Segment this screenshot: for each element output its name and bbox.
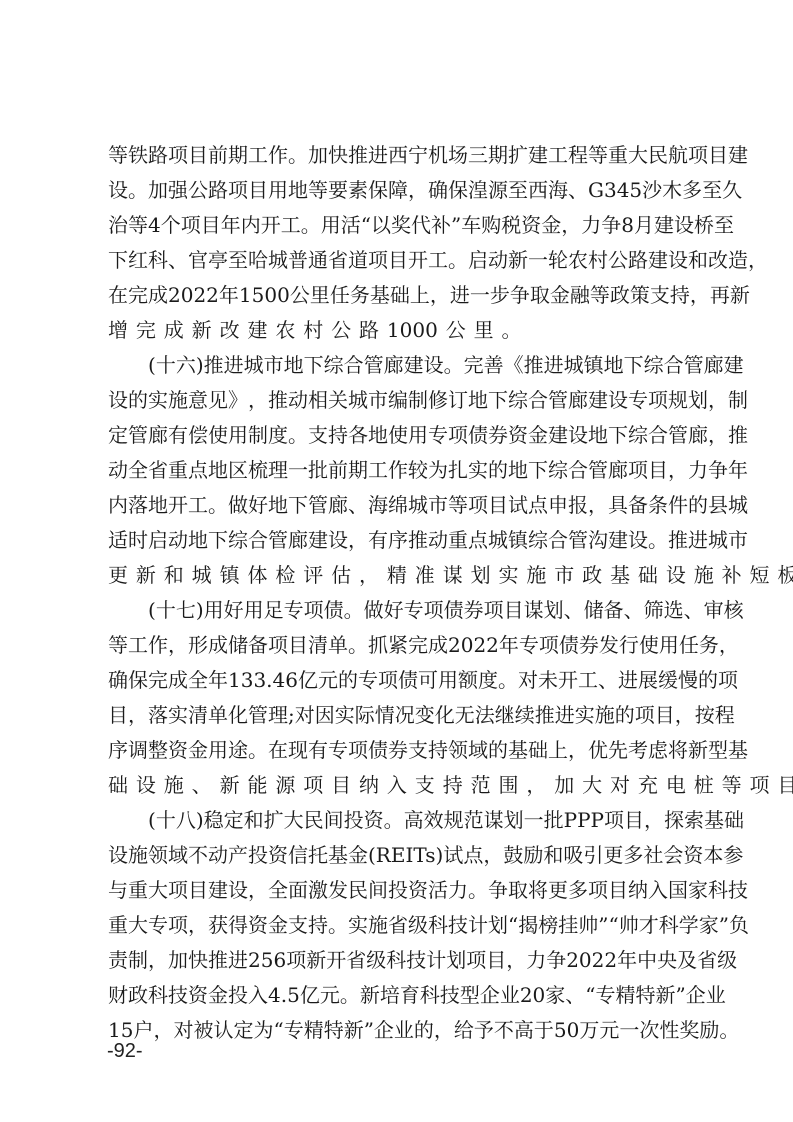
- text-line: 增完成新改建农村公路1000公里。: [108, 313, 694, 348]
- text-line: 设的实施意见》，推动相关城市编制修订地下综合管廊建设专项规划，制: [108, 383, 694, 418]
- text-line: 动全省重点地区梳理一批前期工作较为扎实的地下综合管廊项目，力争年: [108, 453, 694, 488]
- text-line: (十六)推进城市地下综合管廊建设。完善《推进城镇地下综合管廊建: [108, 348, 694, 383]
- text-line: 等铁路项目前期工作。加快推进西宁机场三期扩建工程等重大民航项目建: [108, 138, 694, 173]
- text-line: 责制，加快推进256项新开省级科技计划项目，力争2022年中央及省级: [108, 943, 694, 978]
- text-line: 重大专项，获得资金支持。实施省级科技计划“揭榜挂帅”“帅才科学家”负: [108, 908, 694, 943]
- text-line: 序调整资金用途。在现有专项债券支持领域的基础上，优先考虑将新型基: [108, 733, 694, 768]
- text-line: 下红科、官亭至哈城普通省道项目开工。启动新一轮农村公路建设和改造，: [108, 243, 694, 278]
- text-line: (十七)用好用足专项债。做好专项债券项目谋划、储备、筛选、审核: [108, 593, 694, 628]
- text-line: 适时启动地下综合管廊建设，有序推动重点城镇综合管沟建设。推进城市: [108, 523, 694, 558]
- text-line: 内落地开工。做好地下管廊、海绵城市等项目试点申报，具备条件的县城: [108, 488, 694, 523]
- text-line: 治等4个项目年内开工。用活“以奖代补”车购税资金，力争8月建设桥至: [108, 208, 694, 243]
- page-number: -92-: [107, 1040, 143, 1063]
- text-line: 与重大项目建设，全面激发民间投资活力。争取将更多项目纳入国家科技: [108, 873, 694, 908]
- text-line: 更新和城镇体检评估，精准谋划实施市政基础设施补短板项目。: [108, 558, 694, 593]
- text-line: 在完成2022年1500公里任务基础上，进一步争取金融等政策支持，再新: [108, 278, 694, 313]
- text-line: (十八)稳定和扩大民间投资。高效规范谋划一批PPP项目，探索基础: [108, 803, 694, 838]
- text-line: 设。加强公路项目用地等要素保障，确保湟源至西海、G345沙木多至久: [108, 173, 694, 208]
- document-page: 等铁路项目前期工作。加快推进西宁机场三期扩建工程等重大民航项目建设。加强公路项目…: [0, 0, 793, 1122]
- text-line: 15户，对被认定为“专精特新”企业的，给予不高于50万元一次性奖励。: [108, 1013, 694, 1048]
- text-line: 设施领域不动产投资信托基金(REITs)试点，鼓励和吸引更多社会资本参: [108, 838, 694, 873]
- text-line: 目，落实清单化管理;对因实际情况变化无法继续推进实施的项目，按程: [108, 698, 694, 733]
- text-line: 等工作，形成储备项目清单。抓紧完成2022年专项债券发行使用任务，: [108, 628, 694, 663]
- text-line: 础设施、新能源项目纳入支持范围，加大对充电桩等项目支持力度。: [108, 768, 694, 803]
- text-line: 定管廊有偿使用制度。支持各地使用专项债券资金建设地下综合管廊，推: [108, 418, 694, 453]
- text-line: 财政科技资金投入4.5亿元。新培育科技型企业20家、“专精特新”企业: [108, 978, 694, 1013]
- body-text: 等铁路项目前期工作。加快推进西宁机场三期扩建工程等重大民航项目建设。加强公路项目…: [108, 138, 694, 1048]
- text-line: 确保完成全年133.46亿元的专项债可用额度。对未开工、进展缓慢的项: [108, 663, 694, 698]
